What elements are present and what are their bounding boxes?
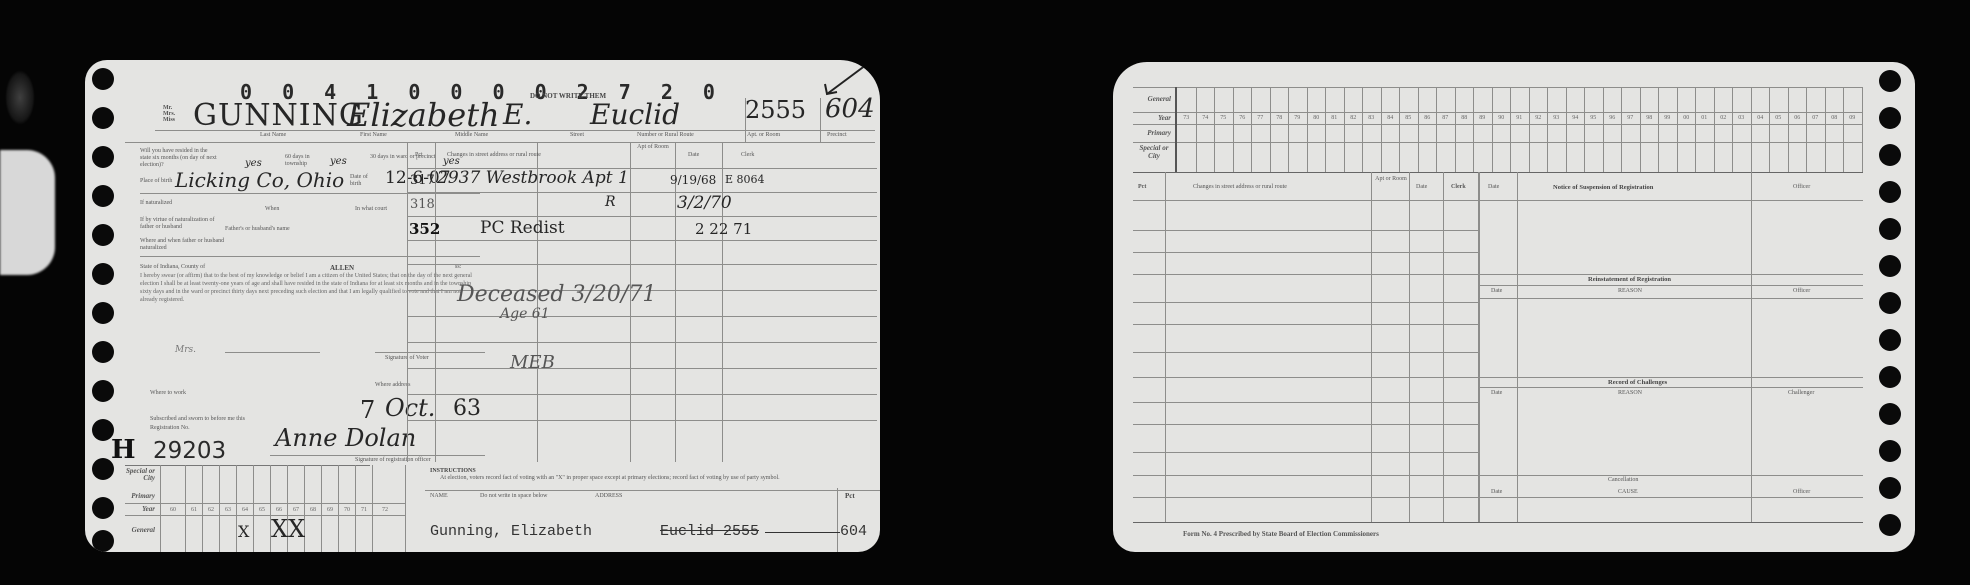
grid-column-divider: [1270, 87, 1271, 172]
subscribed-day-value: 7: [360, 396, 375, 424]
grid-column-divider: [1640, 87, 1641, 172]
grid-column-divider: [1695, 87, 1696, 172]
grid-column-divider: [1399, 87, 1400, 172]
grid-year: 86: [1418, 115, 1437, 121]
punch-hole: [92, 380, 114, 402]
subscribed-sworn-label: Subscribed and sworn to before me this: [150, 416, 245, 422]
subscribed-month-value: Oct.: [385, 394, 435, 422]
punch-hole: [1879, 218, 1901, 240]
grid-label-special-city: Special or City: [1137, 144, 1171, 160]
general-vote-mark: X: [238, 522, 249, 541]
punch-hole: [1879, 514, 1901, 536]
general-vote-mark: X: [288, 515, 305, 543]
footer-pct-label: Pct: [845, 492, 855, 500]
middle-initial-value: E.: [503, 98, 532, 131]
punch-hole: [92, 302, 114, 324]
grid-year: 78: [1270, 115, 1289, 121]
instructions-title: INSTRUCTIONS: [430, 468, 476, 474]
grid-year: 97: [1621, 115, 1640, 121]
punch-hole: [1879, 144, 1901, 166]
middle-name-label: Middle Name: [455, 132, 488, 138]
grid-column-divider: [1843, 87, 1844, 172]
subscribed-year-value: 63: [453, 396, 481, 421]
punch-hole: [1879, 292, 1901, 314]
grid-year: 71: [354, 507, 374, 513]
general-vote-mark: X: [271, 515, 288, 543]
punch-hole: [1879, 440, 1901, 462]
footer-address-label: ADDRESS: [595, 493, 622, 499]
scan-glare: [0, 150, 55, 275]
grid-year: 05: [1769, 115, 1788, 121]
where-address-label: Where address: [375, 382, 410, 388]
changes-pct-header: Pct: [1138, 184, 1146, 190]
registration-prefix: H: [111, 435, 136, 465]
street-value: Euclid: [590, 98, 680, 131]
reinstatement-title: Reinstatement of Registration: [1588, 276, 1671, 283]
grid-year: 93: [1547, 115, 1566, 121]
grid-column-divider: [1325, 87, 1326, 172]
registration-number: 29203: [153, 438, 226, 464]
grid-column-divider: [1344, 87, 1345, 172]
apt-room-label: Apt. or Room: [747, 132, 780, 138]
father-husband-label: If by virtue of naturalization of father…: [140, 217, 215, 231]
challenges-date-header: Date: [1491, 390, 1502, 396]
registration-card-front: 0 0 4 1 0 0 0 0 2 7 2 0 DO NOT WRITE THE…: [85, 60, 880, 552]
punch-hole: [1879, 255, 1901, 277]
grid-column-divider: [1769, 87, 1770, 172]
grid-label-primary: Primary: [1127, 129, 1171, 137]
grid-year: 75: [1214, 115, 1233, 121]
grid-year: 04: [1751, 115, 1770, 121]
grid-year: 90: [1492, 115, 1511, 121]
suspension-date-header: Date: [1488, 184, 1499, 190]
resided-question: Will you have resided in the state six m…: [140, 148, 220, 169]
grid-year: 76: [1233, 115, 1252, 121]
ward-question: 30 days in ward or precinct: [370, 154, 440, 161]
challenges-reason-header: REASON: [1618, 390, 1642, 396]
grid-column-divider: [1251, 87, 1252, 172]
changes-clerk-header: Clerk: [1451, 184, 1466, 190]
grid-column-divider: [1566, 87, 1567, 172]
grid-column-divider: [1751, 87, 1752, 172]
changes-date-header: Date: [688, 152, 699, 158]
where-to-work-label: Where to work: [150, 390, 186, 396]
officer-signature: Anne Dolan: [275, 424, 416, 452]
age-note: Age 61: [500, 306, 550, 322]
grid-year: 99: [1658, 115, 1677, 121]
grid-column-divider: [1418, 87, 1419, 172]
township-question: 60 days in township: [285, 154, 325, 168]
title-prefix: Mr. Mrs. Miss: [163, 105, 179, 123]
grid-year: 94: [1566, 115, 1585, 121]
cancellation-date-header: Date: [1491, 489, 1502, 495]
grid-column-divider: [1510, 87, 1511, 172]
grid-column-divider: [1455, 87, 1456, 172]
grid-year: 09: [1843, 115, 1862, 121]
grid-year: 73: [1177, 115, 1196, 121]
grid-column-divider: [1603, 87, 1604, 172]
punch-hole: [92, 341, 114, 363]
grid-label-general: General: [1127, 95, 1171, 103]
arrow-mark-icon: [815, 60, 875, 100]
grid-year: 84: [1381, 115, 1400, 121]
grid-column-divider: [1825, 87, 1826, 172]
place-of-birth-label: Place of birth: [140, 178, 172, 184]
challenges-challenger-header: Challenger: [1788, 390, 1814, 396]
punch-hole: [92, 68, 114, 90]
grid-year: 60: [163, 507, 183, 513]
typed-name: Gunning, Elizabeth: [430, 523, 592, 540]
punch-hole: [1879, 477, 1901, 499]
punch-hole: [92, 146, 114, 168]
reinstatement-reason-header: REASON: [1618, 288, 1642, 294]
registration-no-label: Registration No.: [150, 425, 190, 431]
deceased-note: Deceased 3/20/71: [457, 282, 656, 307]
punch-hole: [92, 185, 114, 207]
grid-column-divider: [1196, 87, 1197, 172]
grid-column-divider: [1529, 87, 1530, 172]
grid-year: 88: [1455, 115, 1474, 121]
house-number-value: 2555: [745, 96, 806, 124]
grid-year: 77: [1251, 115, 1270, 121]
punch-hole: [1879, 329, 1901, 351]
form-footer: Form No. 4 Prescribed by State Board of …: [1183, 530, 1379, 538]
punch-hole: [1879, 181, 1901, 203]
typed-pct: 604: [840, 523, 867, 540]
cancellation-title: Cancellation: [1608, 477, 1638, 483]
grid-year: 02: [1714, 115, 1733, 121]
naturalized-label: If naturalized: [140, 200, 172, 206]
grid-column-divider: [1806, 87, 1807, 172]
first-name-label: First Name: [360, 132, 387, 138]
punch-hole: [1879, 107, 1901, 129]
grid-label-general: General: [123, 526, 155, 534]
grid-column-divider: [1584, 87, 1585, 172]
grid-year: 01: [1695, 115, 1714, 121]
oath-text: I hereby swear (or affirm) that to the b…: [140, 272, 475, 304]
grid-column-divider: [1436, 87, 1437, 172]
suspension-officer-header: Officer: [1793, 184, 1810, 190]
punch-hole: [92, 224, 114, 246]
court-label: In what court: [355, 206, 387, 212]
grid-column-divider: [1862, 87, 1863, 172]
grid-label-year: Year: [1127, 114, 1171, 122]
precinct-label: Precinct: [827, 132, 847, 138]
cancellation-cause-header: CAUSE: [1618, 489, 1638, 495]
footer-do-not-write: Do not write in space below: [480, 493, 547, 499]
grid-column-divider: [1732, 87, 1733, 172]
grid-column-divider: [1307, 87, 1308, 172]
challenges-title: Record of Challenges: [1608, 379, 1667, 386]
grid-year: 03: [1732, 115, 1751, 121]
changes-apt-header: Apt of Room: [633, 144, 673, 151]
punch-hole: [1879, 366, 1901, 388]
oath-state-county: State of Indiana, County of: [140, 264, 205, 270]
clerk-initials: MEB: [510, 352, 555, 373]
grid-column-divider: [1658, 87, 1659, 172]
when-label: When: [265, 206, 279, 212]
punch-hole: [92, 497, 114, 519]
father-husband-name-label: Father's or husband's name: [225, 226, 290, 232]
grid-column-divider: [1677, 87, 1678, 172]
grid-column-divider: [1492, 87, 1493, 172]
punch-hole: [1879, 70, 1901, 92]
changes-date-header: Date: [1416, 184, 1427, 190]
changes-pct-header: Pct: [415, 152, 423, 158]
changes-address-header: Changes in street address or rural route: [1193, 184, 1287, 190]
grid-year: 79: [1288, 115, 1307, 121]
where-when-label: Where and when father or husband natural…: [140, 238, 225, 252]
grid-year: 08: [1825, 115, 1844, 121]
signature-officer-label: Signature of registration officer: [355, 457, 431, 463]
changes-apt-header: Apt or Room: [1375, 176, 1407, 183]
grid-column-divider: [1381, 87, 1382, 172]
grid-year: 80: [1307, 115, 1326, 121]
oath-county-value: ALLEN: [330, 264, 354, 272]
punch-hole: [1879, 403, 1901, 425]
grid-year: 74: [1196, 115, 1215, 121]
footer-name-label: NAME: [430, 493, 448, 499]
grid-year: 07: [1806, 115, 1825, 121]
grid-year: 98: [1640, 115, 1659, 121]
scan-artifact: [5, 70, 35, 125]
grid-label-primary: Primary: [123, 492, 155, 500]
voter-mark: Mrs.: [175, 345, 196, 355]
suspension-title: Notice of Suspension of Registration: [1553, 184, 1653, 191]
cancellation-officer-header: Officer: [1793, 489, 1810, 495]
grid-column-divider: [1547, 87, 1548, 172]
grid-year: 95: [1584, 115, 1603, 121]
street-label: Street: [570, 132, 584, 138]
grid-year: 89: [1473, 115, 1492, 121]
punch-hole: [92, 107, 114, 129]
grid-column-divider: [1288, 87, 1289, 172]
grid-year: 72: [375, 507, 395, 513]
number-rural-route-label: Number or Rural Route: [637, 132, 694, 138]
grid-year: 06: [1788, 115, 1807, 121]
registration-card-back: General Year Primary Special or City 737…: [1113, 62, 1915, 552]
typed-address: Euclid 2555: [660, 523, 759, 540]
grid-year: 96: [1603, 115, 1622, 121]
grid-column-divider: [1233, 87, 1234, 172]
grid-year: 85: [1399, 115, 1418, 121]
changes-address-header: Changes in street address or rural route: [447, 152, 541, 158]
grid-label-year: Year: [123, 505, 155, 513]
punch-hole: [92, 263, 114, 285]
instructions-text: At election, voters record fact of votin…: [440, 475, 840, 482]
grid-year: 87: [1436, 115, 1455, 121]
punch-hole: [92, 530, 114, 552]
grid-year: 83: [1362, 115, 1381, 121]
reinstatement-officer-header: Officer: [1793, 288, 1810, 294]
grid-year: 81: [1325, 115, 1344, 121]
grid-year: 82: [1344, 115, 1363, 121]
last-name-value: GUNNING: [193, 98, 364, 133]
last-name-label: Last Name: [260, 132, 286, 138]
grid-year: 00: [1677, 115, 1696, 121]
grid-column-divider: [1621, 87, 1622, 172]
grid-column-divider: [1473, 87, 1474, 172]
grid-column-divider: [1214, 87, 1215, 172]
first-name-value: Elizabeth: [347, 96, 500, 134]
place-of-birth-value: Licking Co, Ohio: [175, 168, 344, 192]
grid-label-special: Special or City: [123, 468, 155, 482]
grid-column-divider: [1788, 87, 1789, 172]
grid-year: 91: [1510, 115, 1529, 121]
date-of-birth-label: Date of birth: [350, 174, 378, 188]
changes-clerk-header: Clerk: [741, 152, 754, 158]
grid-year: 92: [1529, 115, 1548, 121]
reinstatement-date-header: Date: [1491, 288, 1502, 294]
township-answer: yes: [330, 156, 347, 167]
grid-column-divider: [1714, 87, 1715, 172]
grid-column-divider: [1362, 87, 1363, 172]
